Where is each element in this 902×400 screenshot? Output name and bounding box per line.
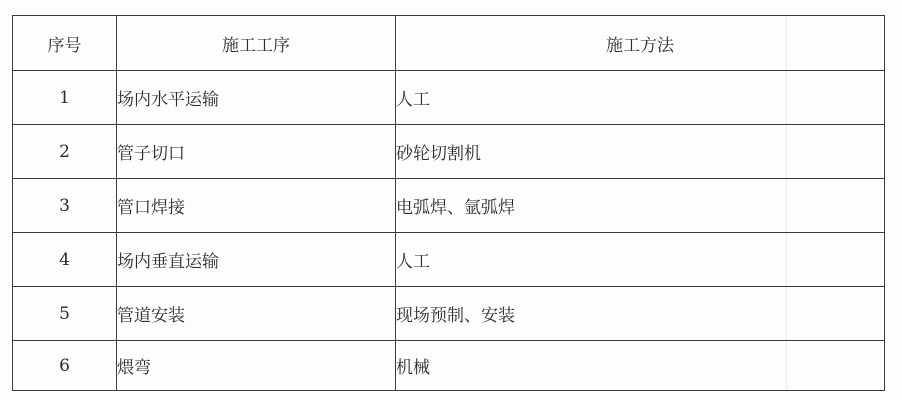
cell-no: 3 xyxy=(13,179,117,233)
cell-no: 1 xyxy=(13,71,117,125)
header-step: 施工工序 xyxy=(117,16,396,71)
cell-step: 场内水平运输 xyxy=(117,71,396,125)
header-method: 施工方法 xyxy=(396,16,885,71)
cell-no: 6 xyxy=(13,341,117,391)
table-row: 1 场内水平运输 人工 xyxy=(13,71,885,125)
cell-step: 管子切口 xyxy=(117,125,396,179)
cell-step: 管道安装 xyxy=(117,287,396,341)
table-header-row: 序号 施工工序 施工方法 xyxy=(13,16,885,71)
cell-method: 机械 xyxy=(396,341,885,391)
cell-method: 人工 xyxy=(396,233,885,287)
construction-process-table: 序号 施工工序 施工方法 1 场内水平运输 人工 2 管子切口 砂轮切割机 3 … xyxy=(12,15,885,391)
header-no: 序号 xyxy=(13,16,117,71)
cell-method: 电弧焊、氩弧焊 xyxy=(396,179,885,233)
document-page: 序号 施工工序 施工方法 1 场内水平运输 人工 2 管子切口 砂轮切割机 3 … xyxy=(0,0,902,400)
cell-no: 2 xyxy=(13,125,117,179)
table-row: 6 煨弯 机械 xyxy=(13,341,885,391)
cell-no: 4 xyxy=(13,233,117,287)
table-row: 5 管道安装 现场预制、安装 xyxy=(13,287,885,341)
cell-step: 管口焊接 xyxy=(117,179,396,233)
table-row: 3 管口焊接 电弧焊、氩弧焊 xyxy=(13,179,885,233)
cell-step: 煨弯 xyxy=(117,341,396,391)
cell-method: 人工 xyxy=(396,71,885,125)
cell-method: 砂轮切割机 xyxy=(396,125,885,179)
cell-no: 5 xyxy=(13,287,117,341)
cell-method: 现场预制、安装 xyxy=(396,287,885,341)
cell-step: 场内垂直运输 xyxy=(117,233,396,287)
table-row: 4 场内垂直运输 人工 xyxy=(13,233,885,287)
table-row: 2 管子切口 砂轮切割机 xyxy=(13,125,885,179)
